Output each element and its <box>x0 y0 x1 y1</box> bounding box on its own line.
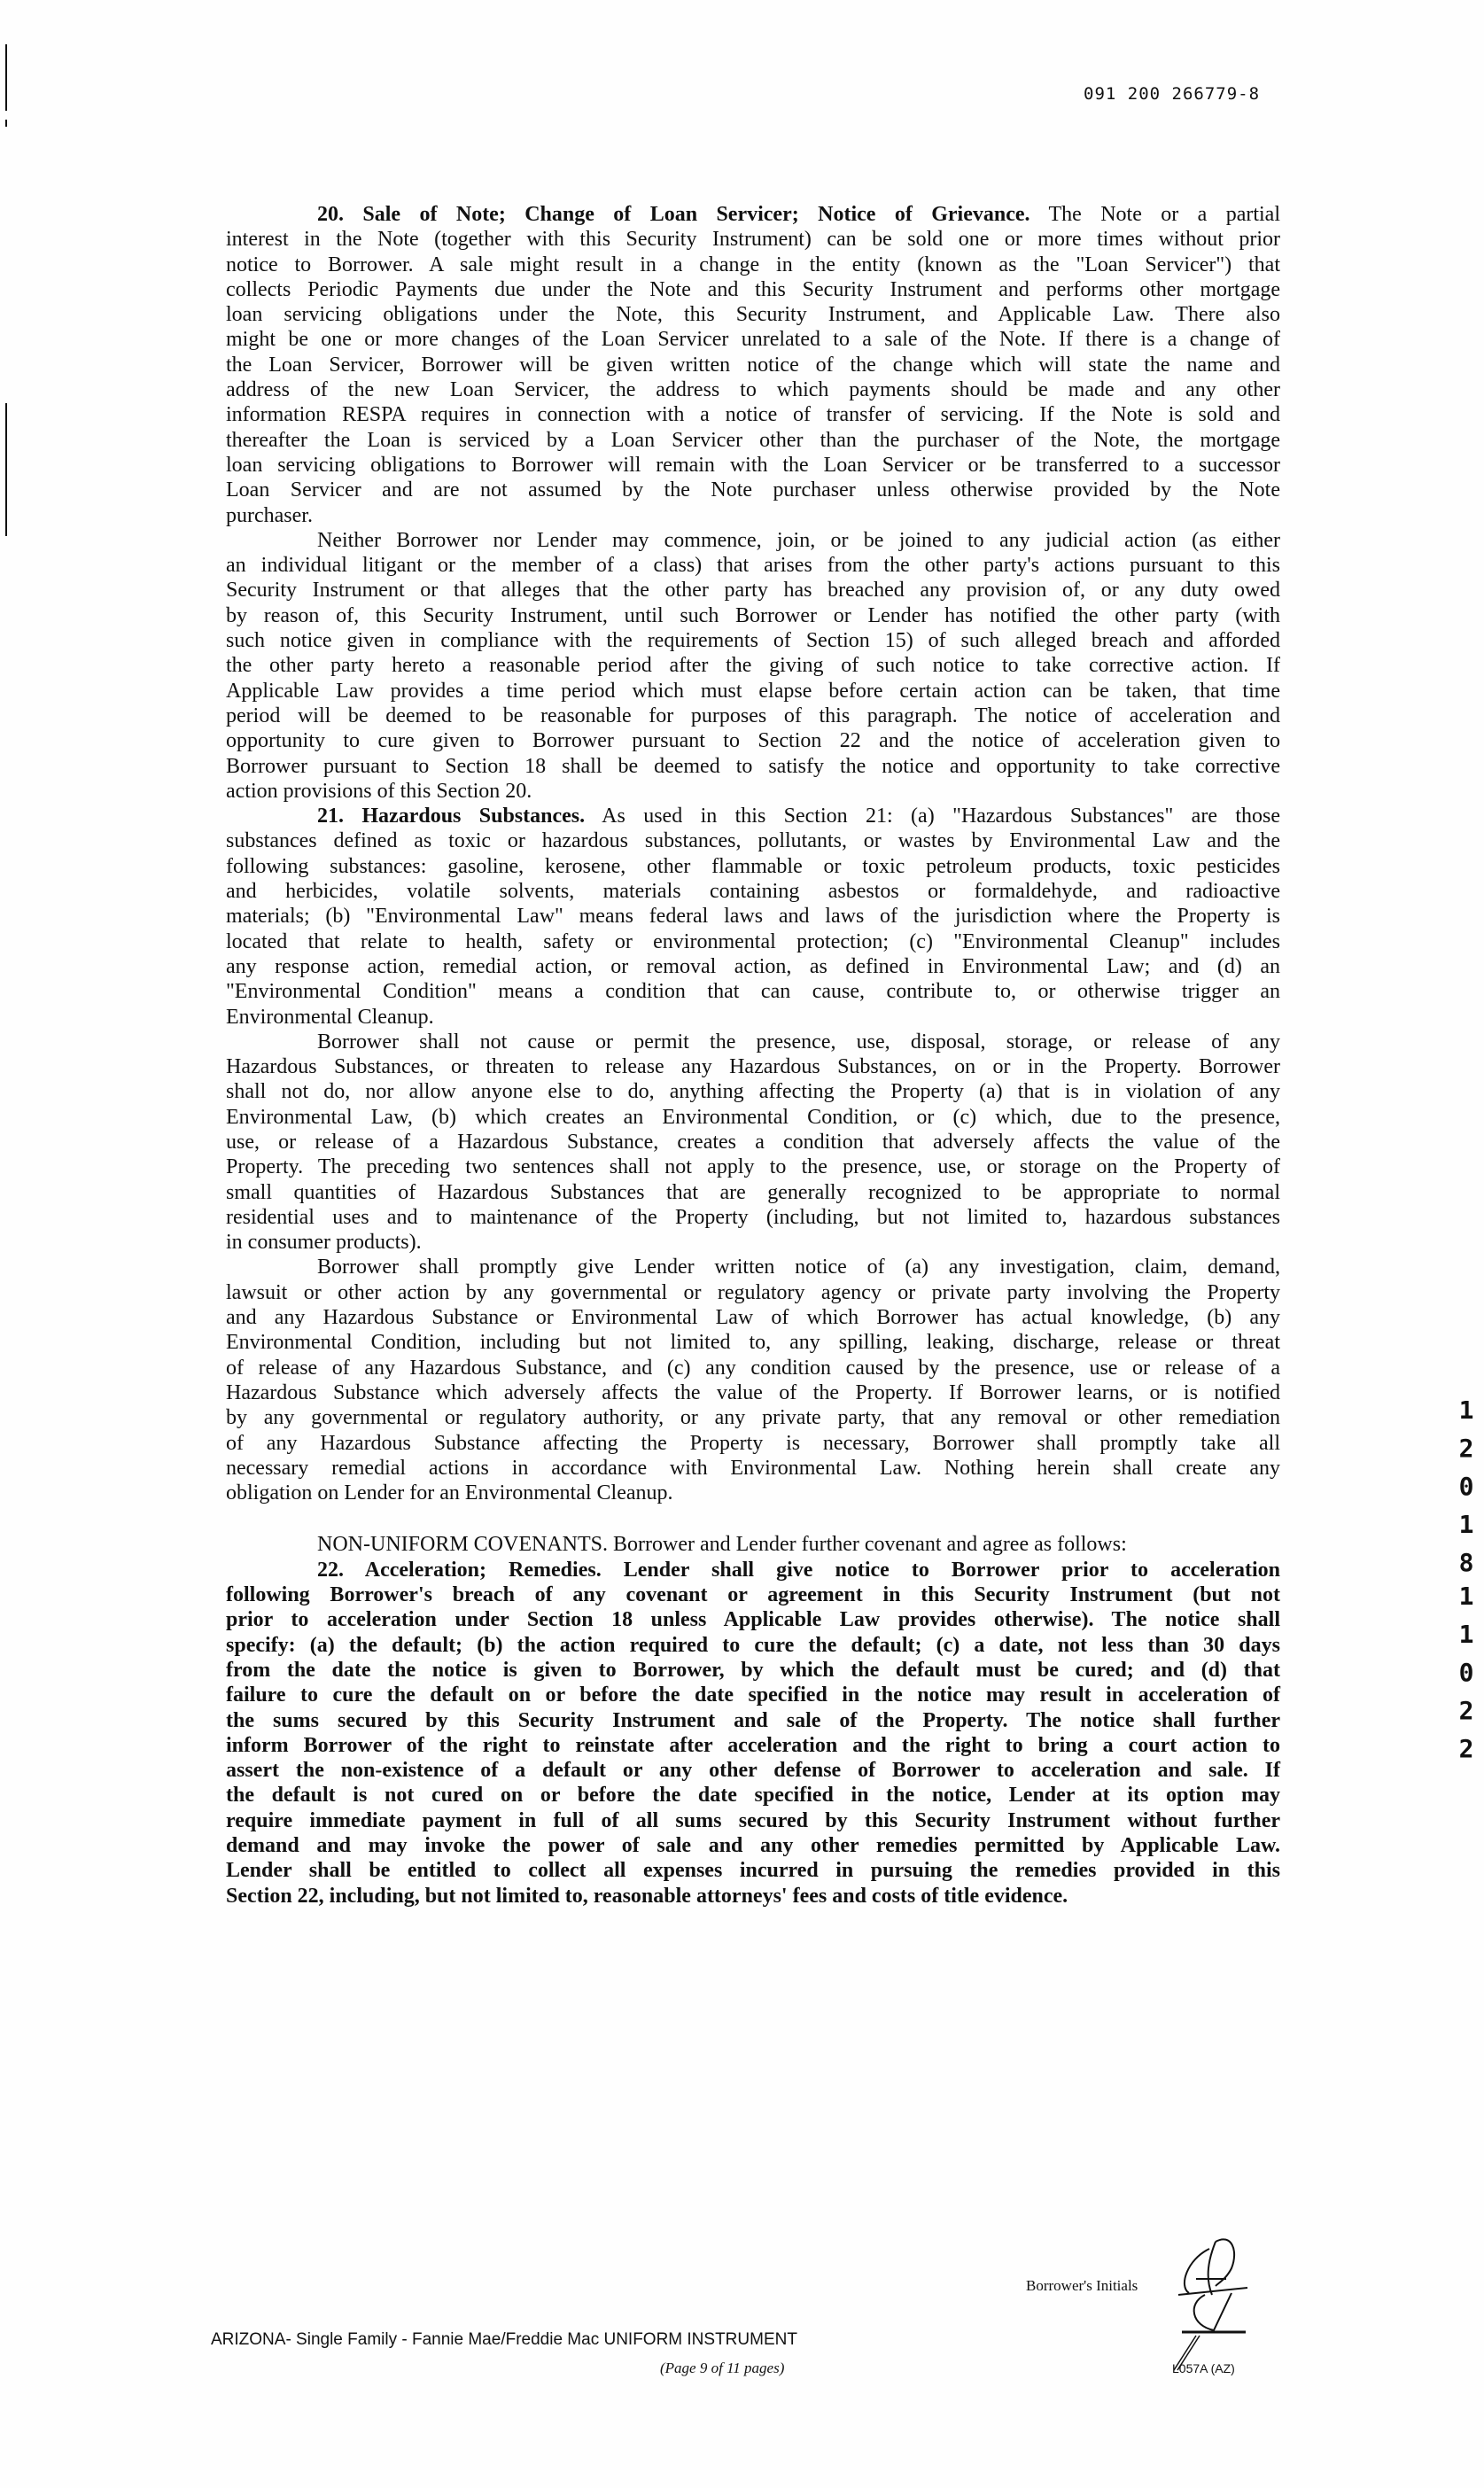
spacer <box>226 1505 1280 1532</box>
text-line: collects Periodic Payments due under the… <box>226 277 1280 302</box>
text-line: Security Instrument or that alleges that… <box>226 578 1280 603</box>
side-stamp-upper: 1 2 0 1 8 <box>1453 1391 1480 1582</box>
text-line: specify: (a) the default; (b) the action… <box>226 1633 1280 1658</box>
text-line: Loan Servicer and are not assumed by the… <box>226 478 1280 502</box>
text-line: shall not do, nor allow anyone else to d… <box>226 1079 1280 1104</box>
section-20: 20. Sale of Note; Change of Loan Service… <box>226 202 1280 804</box>
text-line: and any Hazardous Substance or Environme… <box>226 1305 1280 1330</box>
text-line: period will be deemed to be reasonable f… <box>226 704 1280 728</box>
text-line: information RESPA requires in connection… <box>226 402 1280 427</box>
text-line: from the date the notice is given to Bor… <box>226 1658 1280 1683</box>
section-first-line: 20. Sale of Note; Change of Loan Service… <box>226 202 1280 227</box>
text-line: Neither Borrower nor Lender may commence… <box>226 528 1280 553</box>
text-line: Hazardous Substances, or threaten to rel… <box>226 1054 1280 1079</box>
text-line: Environmental Cleanup. <box>226 1005 1280 1030</box>
text-line: lawsuit or other action by any governmen… <box>226 1280 1280 1305</box>
text-line: interest in the Note (together with this… <box>226 227 1280 252</box>
text-line: residential uses and to maintenance of t… <box>226 1205 1280 1230</box>
section-first-line: 21. Hazardous Substances. As used in thi… <box>226 804 1280 828</box>
text-line: Borrower shall promptly give Lender writ… <box>226 1255 1280 1279</box>
form-title: ARIZONA- Single Family - Fannie Mae/Fred… <box>211 2330 797 2350</box>
section-heading: 22. Acceleration; Remedies. <box>317 1559 602 1582</box>
document-number: 091 200 266779-8 <box>1084 84 1260 104</box>
text-line: any response action, remedial action, or… <box>226 954 1280 979</box>
document-page: 091 200 266779-8 20. Sale of Note; Chang… <box>0 0 1484 2488</box>
text-line: prior to acceleration under Section 18 u… <box>226 1607 1280 1632</box>
text-line: located that relate to health, safety or… <box>226 929 1280 954</box>
section-22: 22. Acceleration; Remedies. Lender shall… <box>226 1558 1280 1909</box>
text-line: demand and may invoke the power of sale … <box>226 1833 1280 1858</box>
document-body: 20. Sale of Note; Change of Loan Service… <box>226 202 1280 1909</box>
text-line: loan servicing obligations to Borrower w… <box>226 453 1280 478</box>
text-line: the default is not cured on or before th… <box>226 1783 1280 1808</box>
handwritten-initials-icon <box>1169 2233 1258 2375</box>
text-line: following Borrower's breach of any coven… <box>226 1582 1280 1607</box>
text-line: and herbicides, volatile solvents, mater… <box>226 879 1280 904</box>
text-line: in consumer products). <box>226 1230 1280 1255</box>
scan-margin-mark <box>5 403 7 536</box>
text-line: notice to Borrower. A sale might result … <box>226 253 1280 277</box>
text-line: require immediate payment in full of all… <box>226 1808 1280 1833</box>
text-line: Property. The preceding two sentences sh… <box>226 1155 1280 1179</box>
section-21: 21. Hazardous Substances. As used in thi… <box>226 804 1280 1505</box>
text-line: by any governmental or regulatory author… <box>226 1405 1280 1430</box>
text-line: substances defined as toxic or hazardous… <box>226 828 1280 853</box>
text-line: the Loan Servicer, Borrower will be give… <box>226 353 1280 377</box>
text-line: such notice given in compliance with the… <box>226 628 1280 653</box>
text-line: thereafter the Loan is serviced by a Loa… <box>226 428 1280 453</box>
text-line: action provisions of this Section 20. <box>226 779 1280 804</box>
text-line: of release of any Hazardous Substance, a… <box>226 1356 1280 1380</box>
form-code: L057A (AZ) <box>1172 2361 1235 2375</box>
text-line: purchaser. <box>226 503 1280 528</box>
text-line: Environmental Law, (b) which creates an … <box>226 1105 1280 1130</box>
text-line: Lender shall be entitled to collect all … <box>226 1858 1280 1883</box>
text-line: of any Hazardous Substance affecting the… <box>226 1431 1280 1456</box>
text-line: following substances: gasoline, kerosene… <box>226 854 1280 879</box>
scan-margin-mark <box>5 120 7 127</box>
section-heading: 20. Sale of Note; Change of Loan Service… <box>317 203 1030 226</box>
text-line: might be one or more changes of the Loan… <box>226 327 1280 352</box>
section-first-line: 22. Acceleration; Remedies. Lender shall… <box>226 1558 1280 1582</box>
text-line: inform Borrower of the right to reinstat… <box>226 1733 1280 1758</box>
text-line: assert the non-existence of a default or… <box>226 1758 1280 1783</box>
text-line: failure to cure the default on or before… <box>226 1683 1280 1707</box>
scan-margin-mark <box>5 44 7 111</box>
text-line: by reason of, this Security Instrument, … <box>226 603 1280 628</box>
text-line: necessary remedial actions in accordance… <box>226 1456 1280 1481</box>
text-line: Borrower pursuant to Section 18 shall be… <box>226 754 1280 779</box>
text-line: small quantities of Hazardous Substances… <box>226 1180 1280 1205</box>
text-line: the sums secured by this Security Instru… <box>226 1708 1280 1733</box>
text-line: "Environmental Condition" means a condit… <box>226 979 1280 1004</box>
section-heading: 21. Hazardous Substances. <box>317 805 585 828</box>
text-line: the other party hereto a reasonable peri… <box>226 653 1280 678</box>
text-line: address of the new Loan Servicer, the ad… <box>226 377 1280 402</box>
text-line: Borrower shall not cause or permit the p… <box>226 1030 1280 1054</box>
page-number: (Page 9 of 11 pages) <box>660 2360 784 2377</box>
text-line: Section 22, including, but not limited t… <box>226 1884 1280 1909</box>
text-line: Hazardous Substance which adversely affe… <box>226 1380 1280 1405</box>
non-uniform-covenants-heading: NON-UNIFORM COVENANTS. Borrower and Lend… <box>226 1532 1280 1557</box>
text-line: an individual litigant or the member of … <box>226 553 1280 578</box>
text-line: Applicable Law provides a time period wh… <box>226 679 1280 704</box>
text-line: Environmental Condition, including but n… <box>226 1330 1280 1355</box>
borrowers-initials-label: Borrower's Initials <box>1026 2277 1138 2295</box>
text-line: loan servicing obligations under the Not… <box>226 302 1280 327</box>
text-line: obligation on Lender for an Environmenta… <box>226 1481 1280 1505</box>
side-stamp-lower: 1 1 0 2 2 <box>1453 1577 1480 1768</box>
text-line: opportunity to cure given to Borrower pu… <box>226 728 1280 753</box>
text-line: use, or release of a Hazardous Substance… <box>226 1130 1280 1155</box>
text-line: materials; (b) "Environmental Law" means… <box>226 904 1280 929</box>
